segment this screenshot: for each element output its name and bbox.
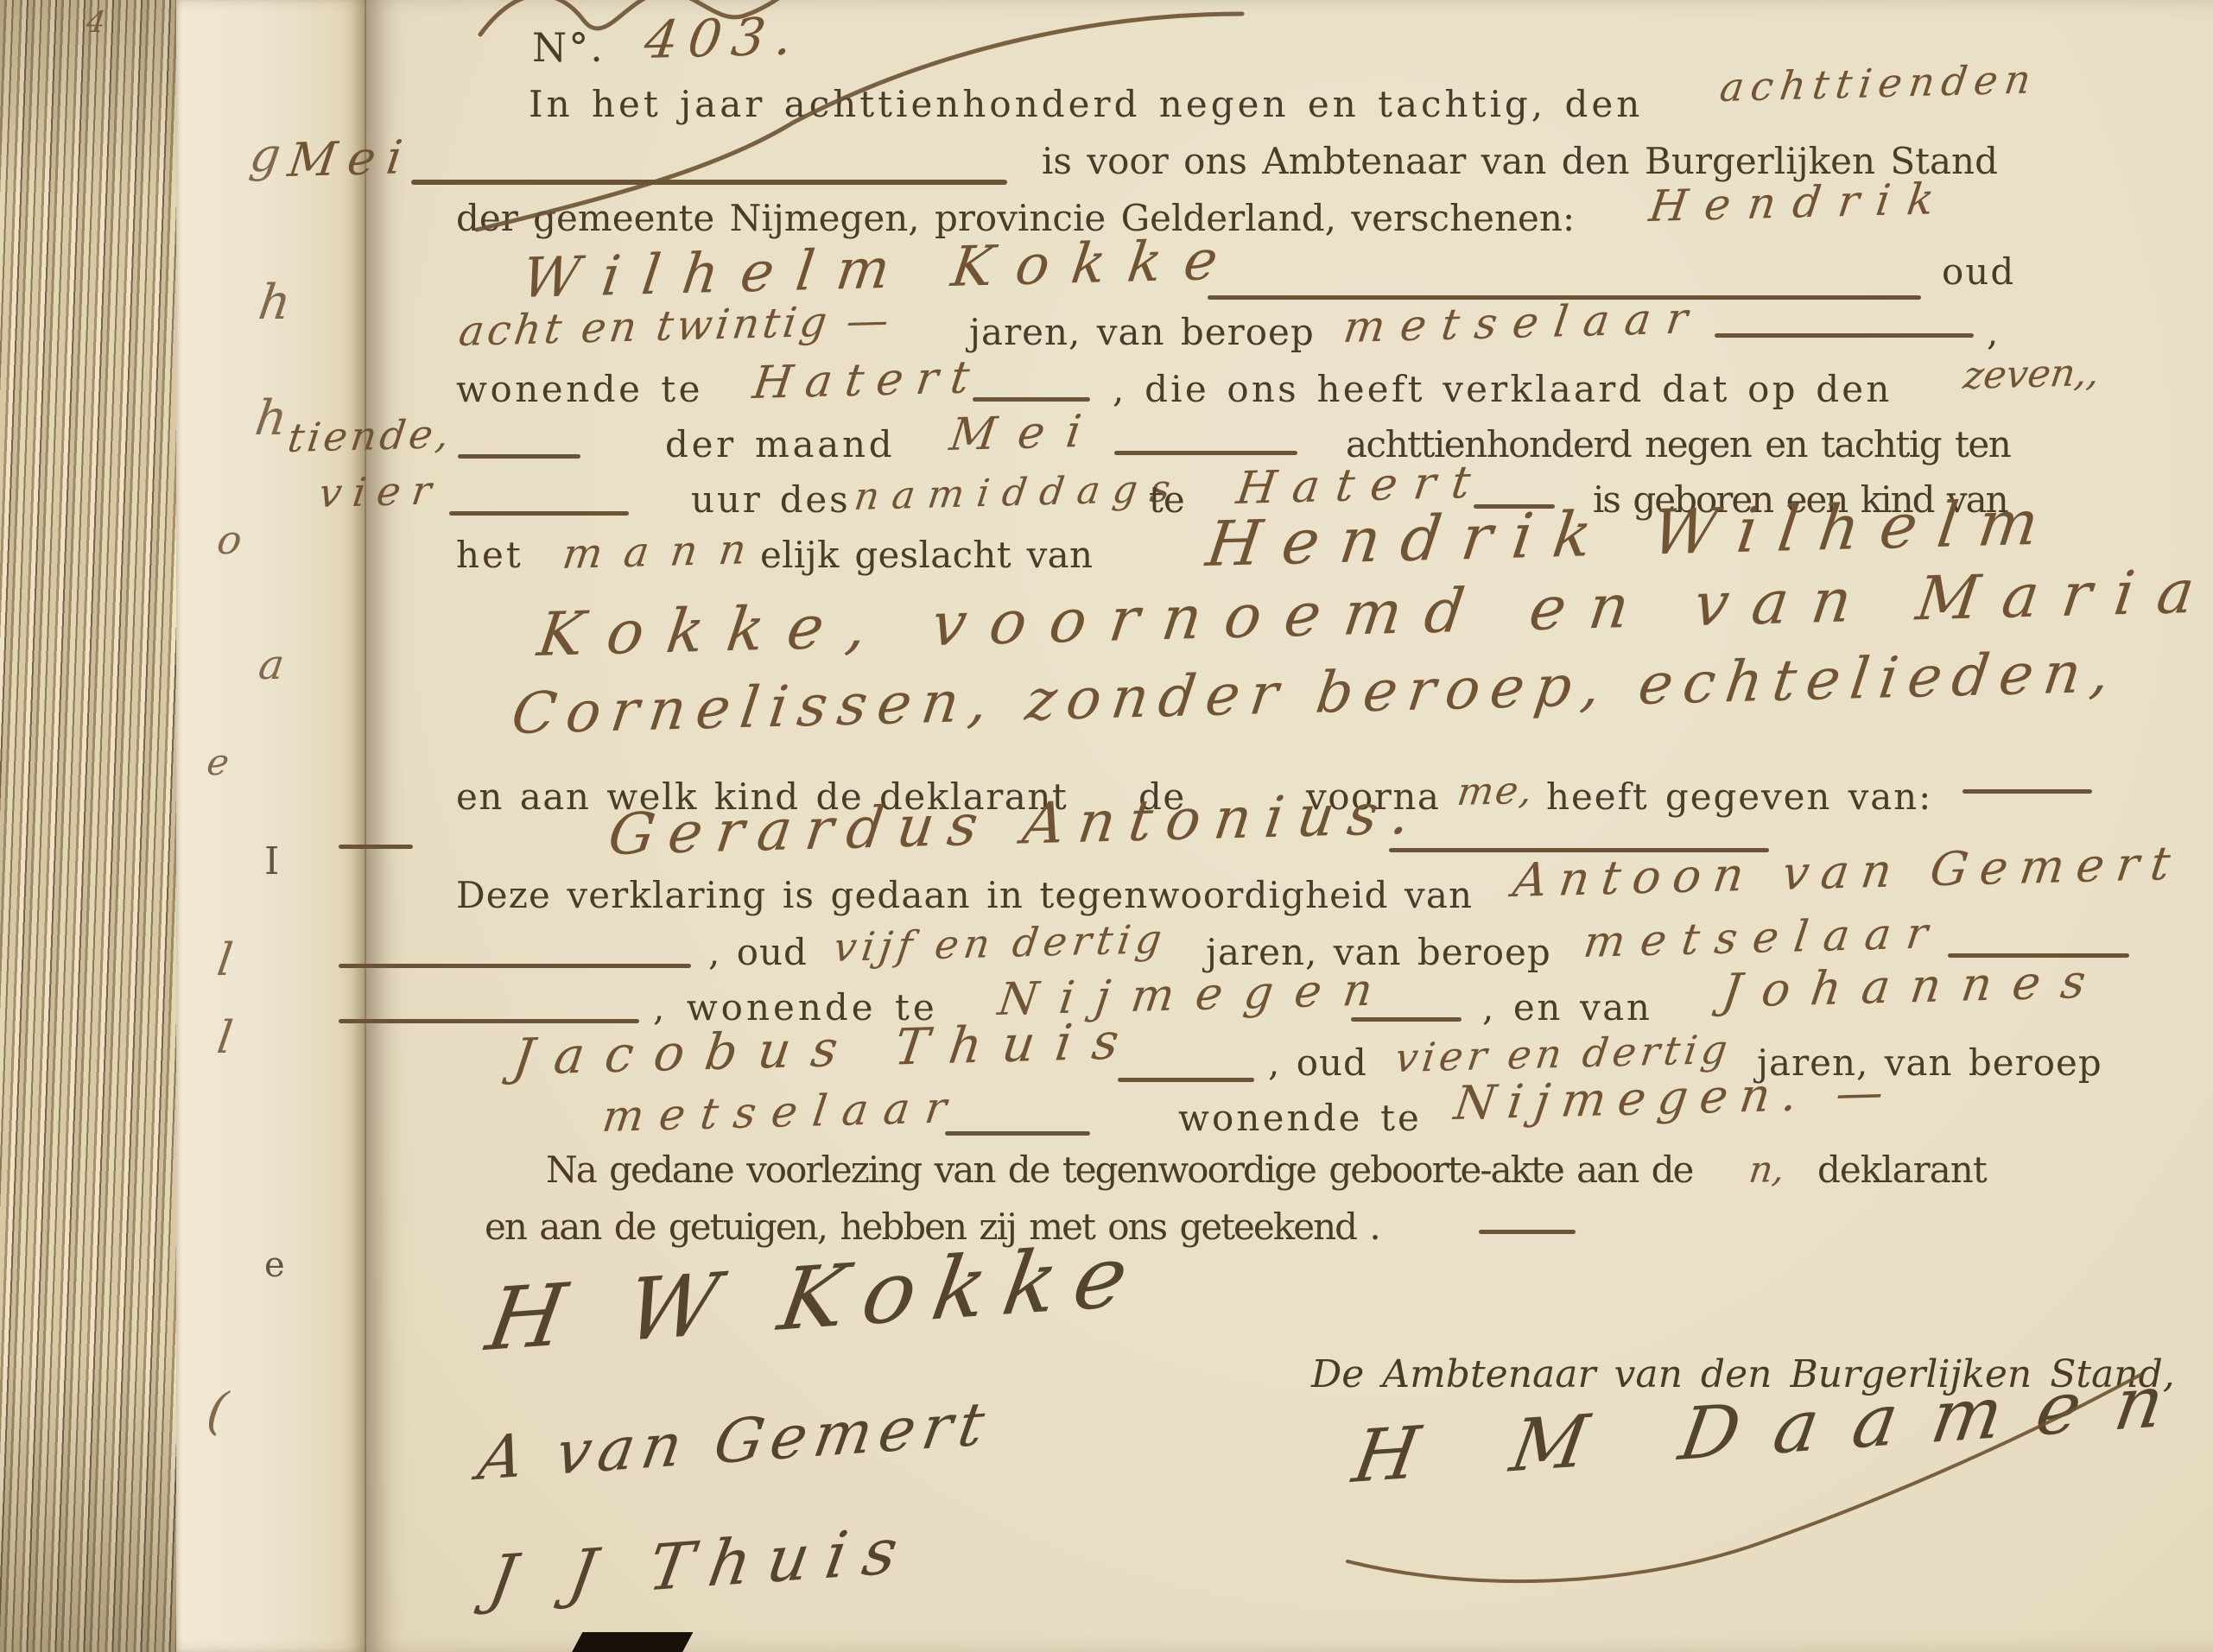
printed-text: der gemeente Nijmegen, provincie Gelderl… (456, 197, 1575, 239)
handwritten-text: Hatert (750, 351, 986, 409)
printed-text: uur des (691, 478, 850, 521)
blank-filler-line (339, 845, 413, 849)
printed-text: , (1987, 311, 1998, 353)
printed-text: , die ons heeft verklaard dat op den (1113, 368, 1893, 410)
blank-filler-line (1351, 1017, 1462, 1022)
printed-text: elijk geslacht van (760, 534, 1093, 576)
printed-text: der maand (665, 423, 895, 465)
printed-text: het (456, 534, 523, 576)
handwritten-text: Nijmegen. — (1451, 1065, 1899, 1130)
blank-filler-line (973, 397, 1090, 402)
blank-filler-line (411, 180, 1007, 185)
handwritten-text: Antoon van Gemert (1510, 836, 2185, 908)
printed-text: te (1149, 478, 1185, 521)
printed-text: wonende te (456, 368, 703, 410)
handwritten-text: 403. (641, 6, 807, 71)
printed-text: In het jaar achttienhonderd negen en tac… (529, 83, 1643, 125)
handwritten-text: Hendrik (1646, 174, 1955, 231)
blank-filler-line (449, 511, 629, 516)
handwritten-text: Mei (285, 130, 416, 187)
blank-filler-line (1479, 1230, 1576, 1234)
handwritten-text: namiddags (852, 466, 1186, 519)
printed-text: wonende te (1178, 1097, 1422, 1139)
blank-filler-line (339, 1019, 639, 1023)
printed-text: , en van (1482, 986, 1652, 1029)
handwritten-text: achttienden (1717, 55, 2040, 111)
handwritten-text: acht en twintig — (456, 296, 895, 356)
handwritten-text: vier (316, 466, 446, 516)
blank-filler-line (1715, 333, 1974, 338)
blank-filler-line (1963, 789, 2092, 794)
blank-filler-line (339, 964, 691, 968)
blank-filler-line (458, 454, 580, 459)
blank-filler-line (1118, 1078, 1254, 1082)
printed-text: N°. (532, 24, 605, 71)
blank-filler-line (1114, 451, 1297, 455)
printed-text: , oud (1268, 1041, 1367, 1084)
handwritten-text: vijf en dertig (831, 915, 1170, 971)
blank-filler-line (945, 1131, 1090, 1136)
signature-text: A van Gemert (473, 1388, 996, 1494)
printed-text: oud (1942, 250, 2015, 293)
printed-text: jaren, van beroep (969, 311, 1315, 353)
handwritten-text: me, (1455, 769, 1537, 814)
book-shadow-wedge (572, 1632, 694, 1652)
handwritten-text: Johannes (1719, 953, 2109, 1018)
handwritten-text: zeven,, (1961, 351, 2102, 398)
printed-text: deklarant (1817, 1149, 1987, 1191)
printed-text: , oud (708, 931, 808, 973)
handwritten-text: n, (1747, 1148, 1787, 1191)
printed-text: Na gedane voorlezing van de tegenwoordig… (546, 1149, 1692, 1191)
printed-text: heeft gegeven van: (1546, 775, 1932, 818)
signature-text: J J Thuis (484, 1513, 919, 1617)
record-lines: N°.403.In het jaar achttienhonderd negen… (0, 0, 2213, 1652)
birth-record-scan: 4ghhoaeIlle( N°.403.In het jaar achttien… (0, 0, 2213, 1652)
handwritten-text: metselaar (1581, 908, 1946, 967)
handwritten-text: metselaar (1341, 293, 1706, 352)
handwritten-text: tiende, (285, 410, 455, 461)
handwritten-text: mann (560, 525, 770, 579)
printed-text: Deze verklaring is gedaan in tegenwoordi… (456, 874, 1473, 916)
handwritten-text: Mei (947, 405, 1106, 461)
handwritten-text: metselaar (599, 1082, 965, 1142)
